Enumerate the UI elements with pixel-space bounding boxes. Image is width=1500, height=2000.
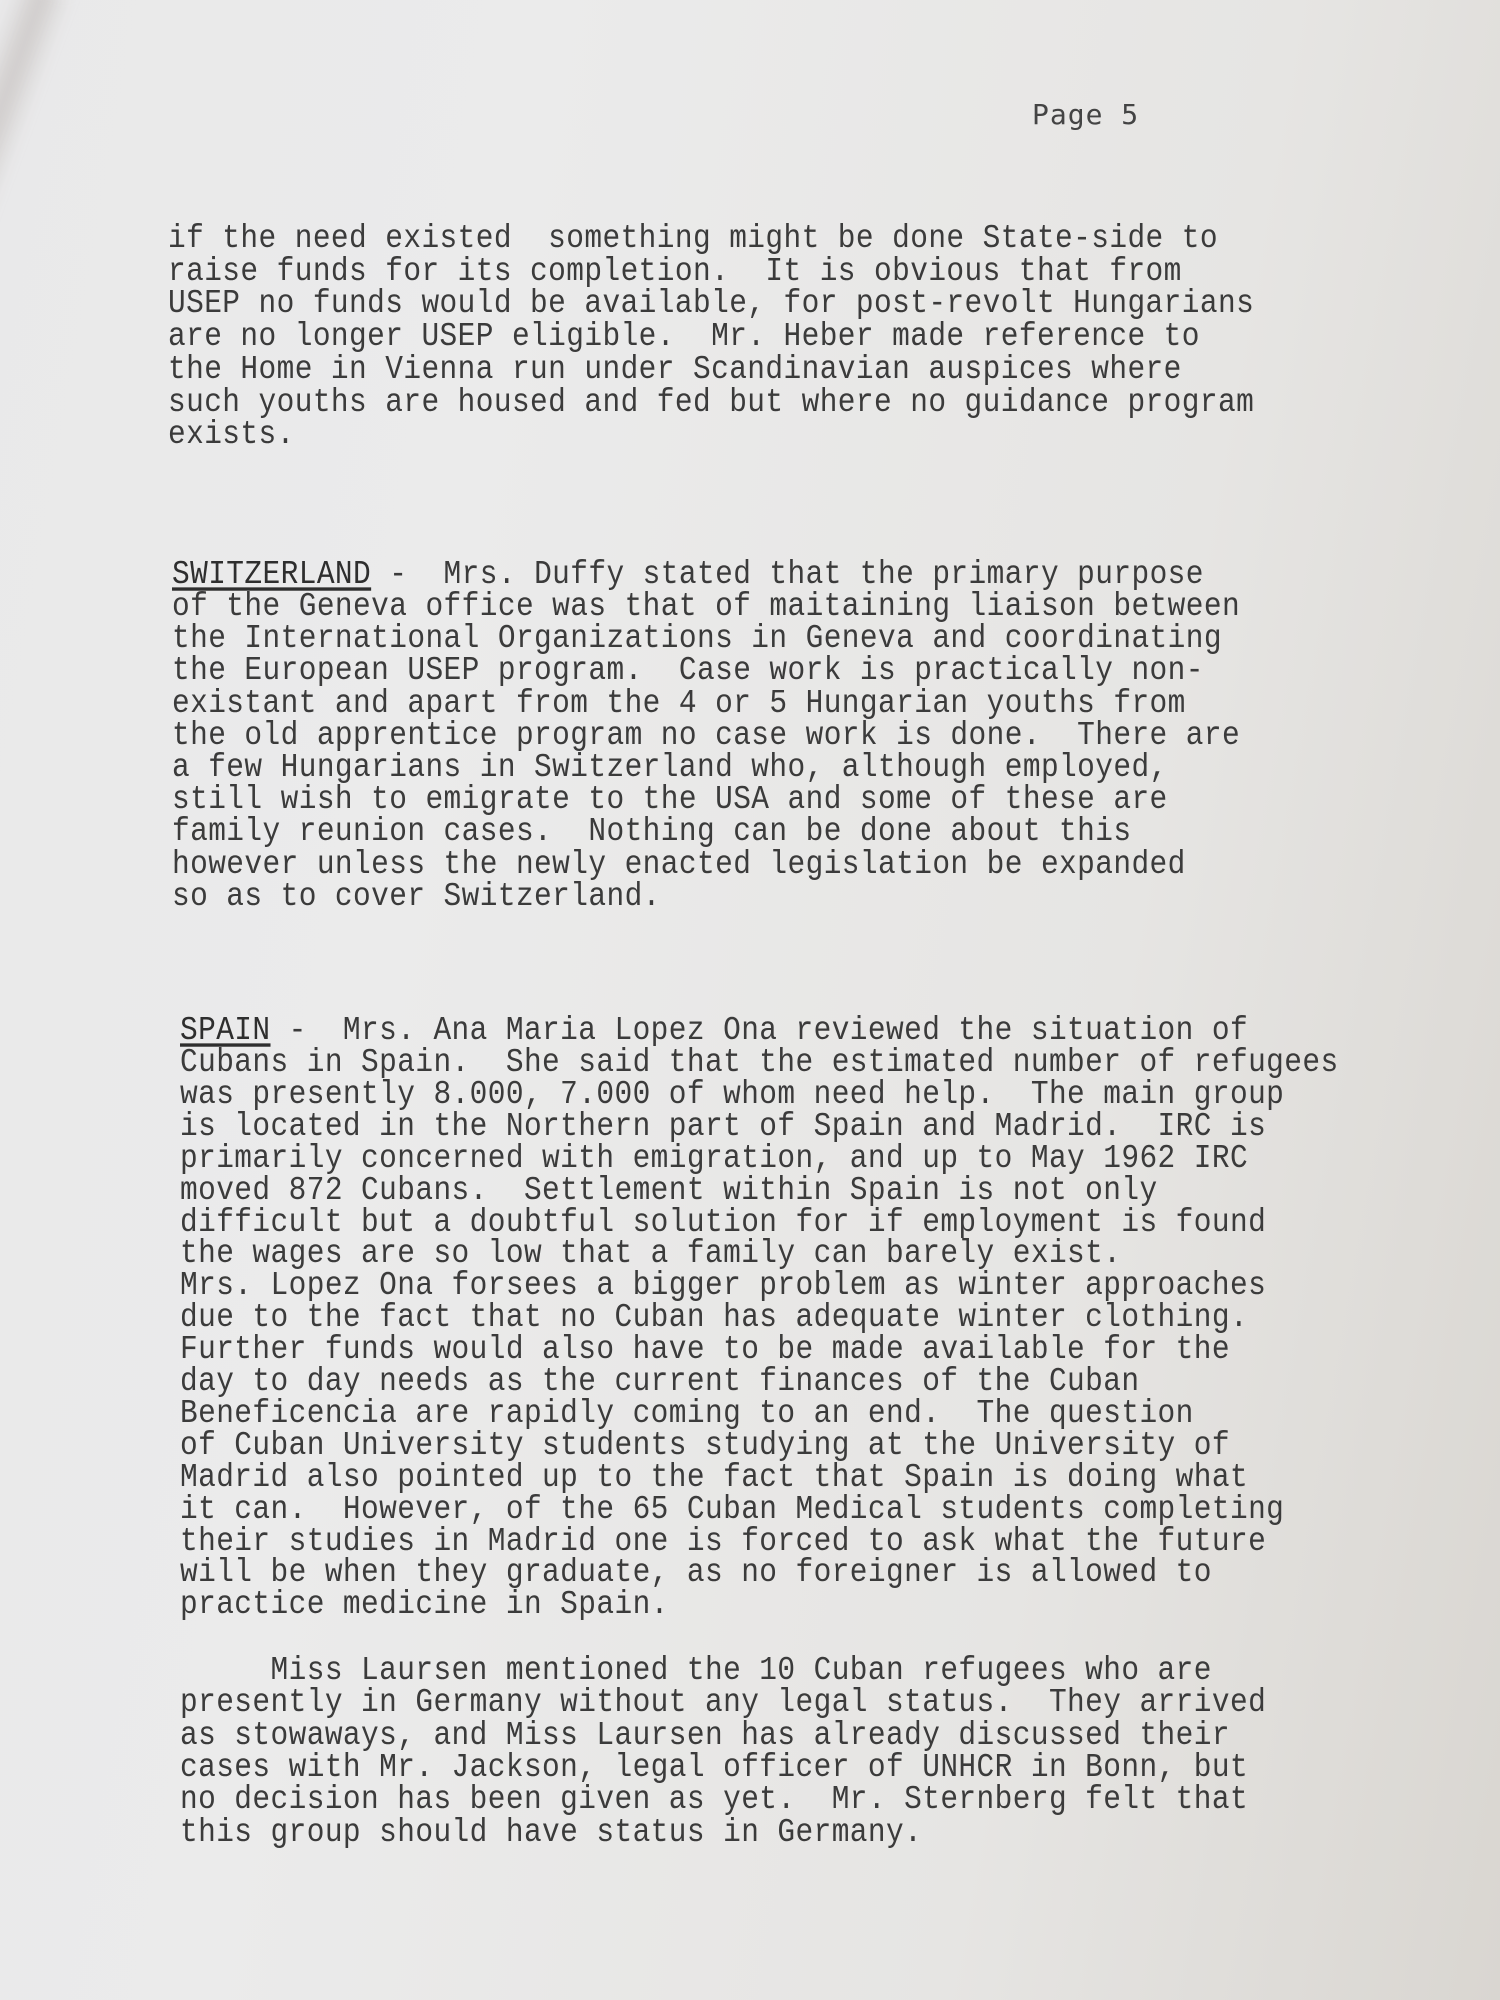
switzerland-line: family reunion cases. Nothing can be don… bbox=[172, 813, 1131, 849]
intro-line: USEP no funds would be available, for po… bbox=[168, 285, 1254, 321]
spain-line: practice medicine in Spain. bbox=[180, 1586, 669, 1622]
intro-line: such youths are housed and fed but where… bbox=[168, 384, 1254, 420]
intro-line: are no longer USEP eligible. Mr. Heber m… bbox=[168, 318, 1200, 354]
germany-line: this group should have status in Germany… bbox=[180, 1814, 922, 1850]
switzerland-line: the European USEP program. Case work is … bbox=[172, 652, 1204, 688]
intro-line: if the need existed something might be d… bbox=[168, 220, 1218, 256]
germany-line: no decision has been given as yet. Mr. S… bbox=[180, 1781, 1248, 1817]
intro-line: exists. bbox=[168, 416, 295, 452]
page-edge-shadow bbox=[0, 0, 73, 242]
intro-line: the Home in Vienna run under Scandinavia… bbox=[168, 351, 1182, 387]
switzerland-line: so as to cover Switzerland. bbox=[172, 878, 661, 914]
page-number: Page 5 bbox=[1032, 98, 1139, 131]
germany-line: presently in Germany without any legal s… bbox=[180, 1684, 1266, 1720]
